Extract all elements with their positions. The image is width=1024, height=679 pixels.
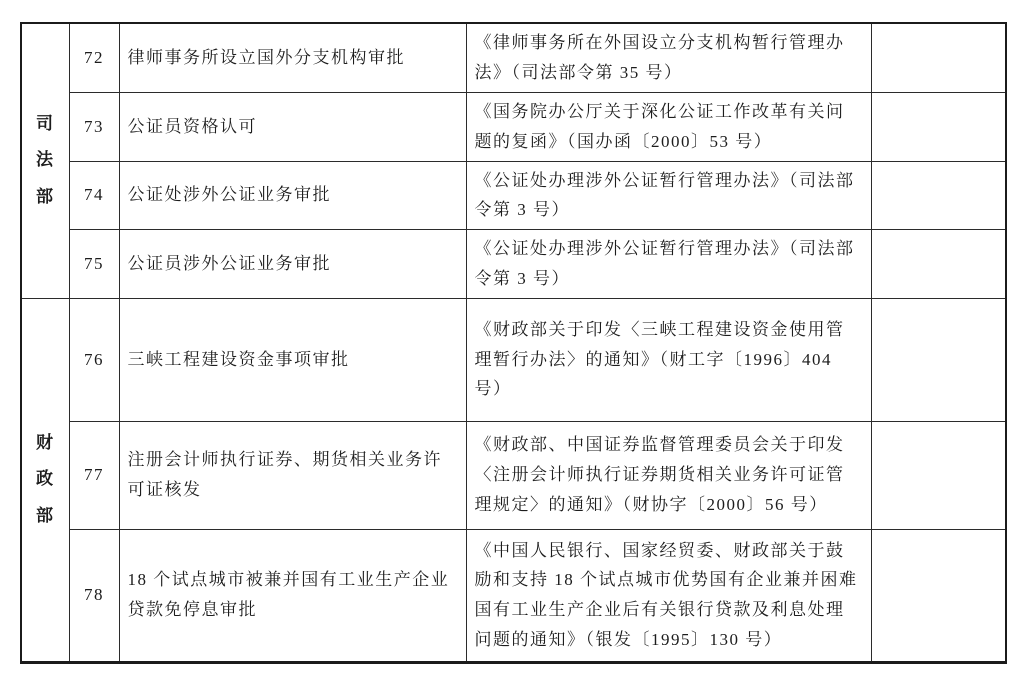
legal-basis-cell: 《财政部关于印发〈三峡工程建设资金使用管理暂行办法〉的通知》（财工字〔1996〕… — [466, 298, 871, 421]
dept-label: 司法部 — [35, 106, 55, 216]
dept-cell-justice: 司法部 — [21, 23, 69, 298]
empty-cell — [871, 23, 1006, 92]
empty-cell — [871, 298, 1006, 421]
dept-cell-finance: 财政部 — [21, 298, 69, 662]
table-row: 78 18 个试点城市被兼并国有工业生产企业贷款免停息审批 《中国人民银行、国家… — [21, 529, 1006, 662]
dept-label: 财政部 — [35, 425, 55, 535]
legal-basis-cell: 《公证处办理涉外公证暂行管理办法》（司法部令第 3 号） — [466, 161, 871, 230]
row-number-cell: 78 — [69, 529, 119, 662]
empty-cell — [871, 230, 1006, 299]
item-name-cell: 18 个试点城市被兼并国有工业生产企业贷款免停息审批 — [119, 529, 466, 662]
table-row: 财政部 76 三峡工程建设资金事项审批 《财政部关于印发〈三峡工程建设资金使用管… — [21, 298, 1006, 421]
item-name-cell: 注册会计师执行证券、期货相关业务许可证核发 — [119, 421, 466, 529]
table-row: 73 公证员资格认可 《国务院办公厅关于深化公证工作改革有关问题的复函》（国办函… — [21, 92, 1006, 161]
item-name-cell: 公证员资格认可 — [119, 92, 466, 161]
item-name-cell: 三峡工程建设资金事项审批 — [119, 298, 466, 421]
legal-basis-cell: 《中国人民银行、国家经贸委、财政部关于鼓励和支持 18 个试点城市优势国有企业兼… — [466, 529, 871, 662]
item-name-cell: 公证员涉外公证业务审批 — [119, 230, 466, 299]
item-name-cell: 律师事务所设立国外分支机构审批 — [119, 23, 466, 92]
legal-basis-cell: 《国务院办公厅关于深化公证工作改革有关问题的复函》（国办函〔2000〕53 号） — [466, 92, 871, 161]
table-row: 司法部 72 律师事务所设立国外分支机构审批 《律师事务所在外国设立分支机构暂行… — [21, 23, 1006, 92]
row-number-cell: 76 — [69, 298, 119, 421]
legal-basis-cell: 《公证处办理涉外公证暂行管理办法》（司法部令第 3 号） — [466, 230, 871, 299]
row-number-cell: 73 — [69, 92, 119, 161]
row-number-cell: 72 — [69, 23, 119, 92]
empty-cell — [871, 161, 1006, 230]
legal-basis-cell: 《律师事务所在外国设立分支机构暂行管理办法》（司法部令第 35 号） — [466, 23, 871, 92]
legal-basis-cell: 《财政部、中国证券监督管理委员会关于印发〈注册会计师执行证券期货相关业务许可证管… — [466, 421, 871, 529]
item-name-cell: 公证处涉外公证业务审批 — [119, 161, 466, 230]
table-row: 75 公证员涉外公证业务审批 《公证处办理涉外公证暂行管理办法》（司法部令第 3… — [21, 230, 1006, 299]
row-number-cell: 75 — [69, 230, 119, 299]
empty-cell — [871, 529, 1006, 662]
empty-cell — [871, 92, 1006, 161]
row-number-cell: 77 — [69, 421, 119, 529]
table-row: 77 注册会计师执行证券、期货相关业务许可证核发 《财政部、中国证券监督管理委员… — [21, 421, 1006, 529]
document-page: 司法部 72 律师事务所设立国外分支机构审批 《律师事务所在外国设立分支机构暂行… — [0, 0, 1024, 679]
empty-cell — [871, 421, 1006, 529]
approval-items-table: 司法部 72 律师事务所设立国外分支机构审批 《律师事务所在外国设立分支机构暂行… — [20, 22, 1007, 664]
row-number-cell: 74 — [69, 161, 119, 230]
table-row: 74 公证处涉外公证业务审批 《公证处办理涉外公证暂行管理办法》（司法部令第 3… — [21, 161, 1006, 230]
